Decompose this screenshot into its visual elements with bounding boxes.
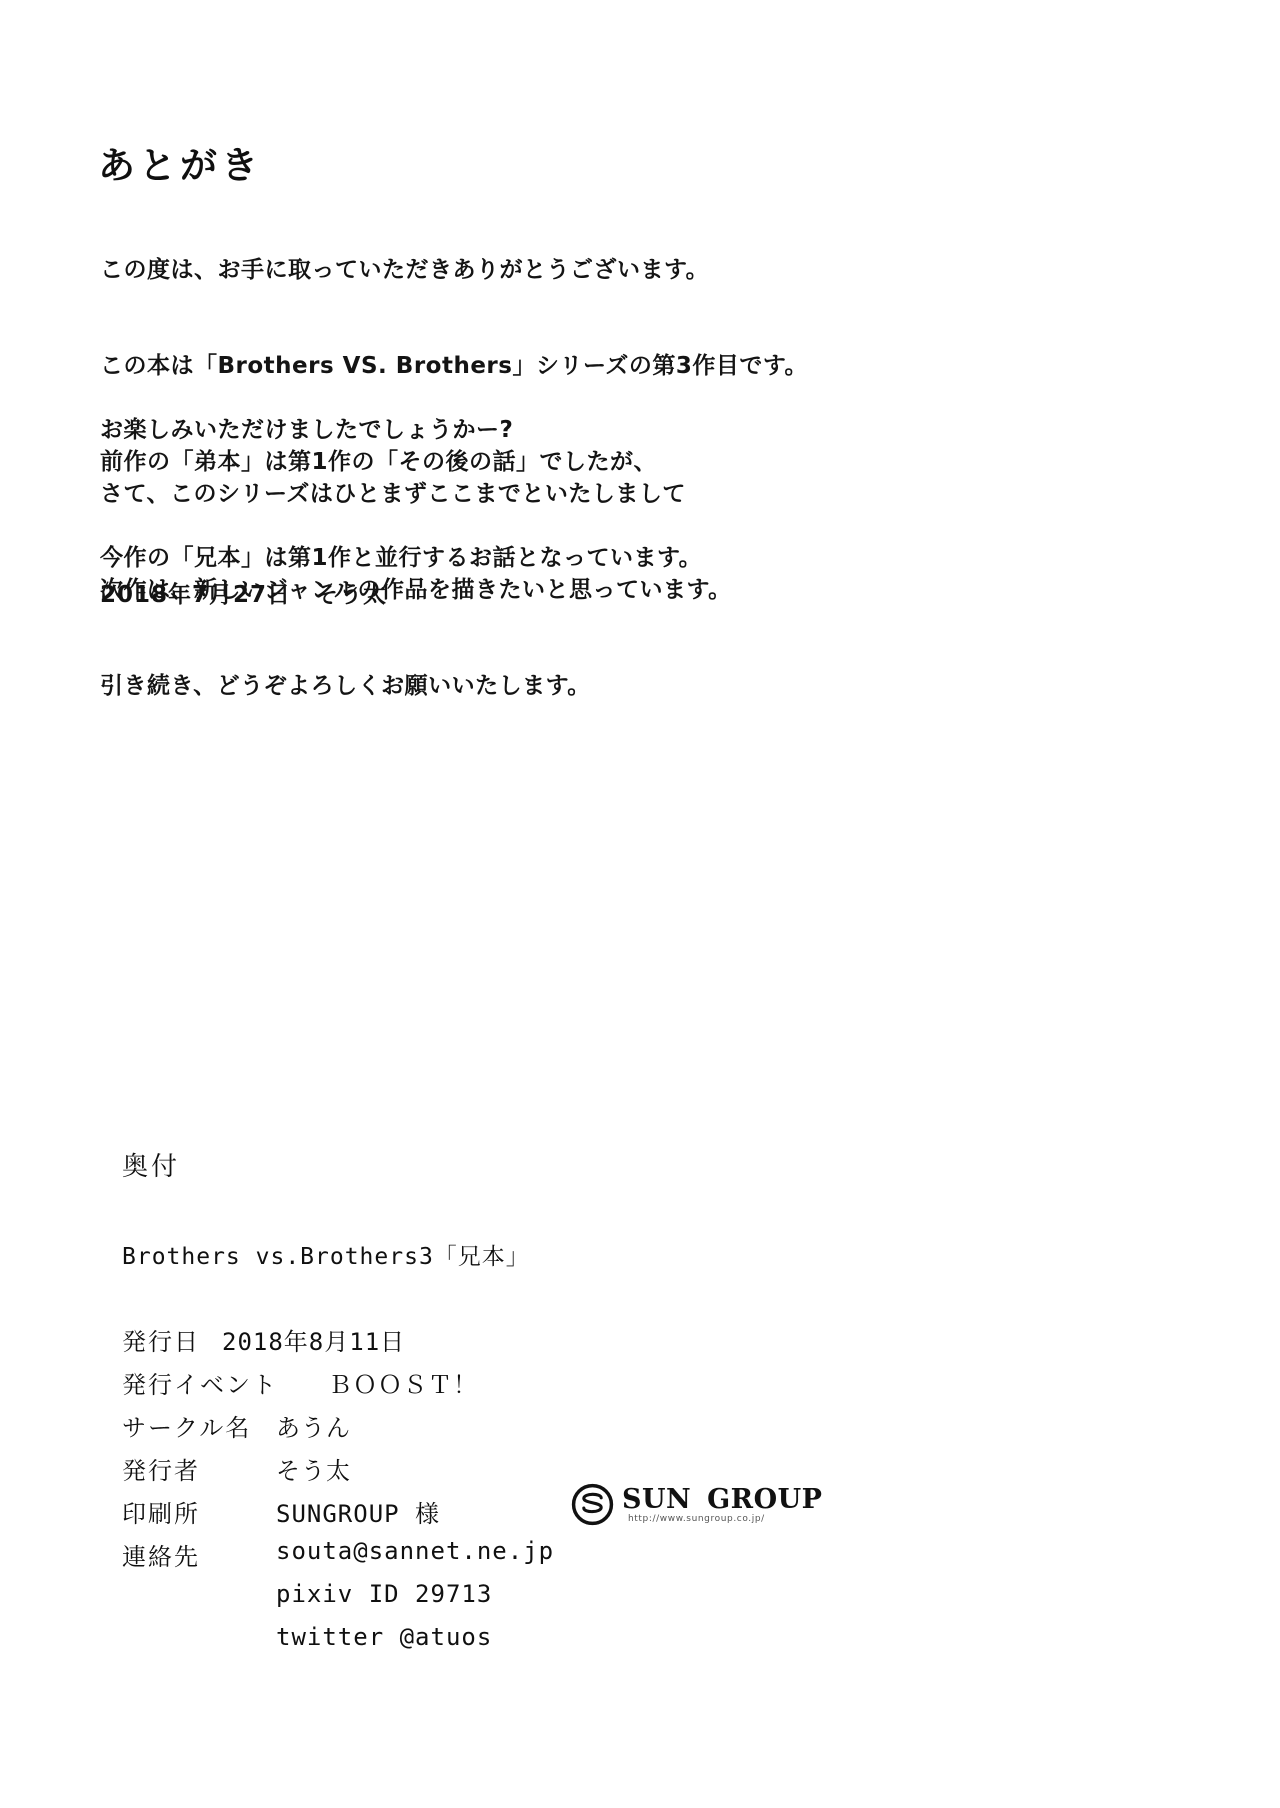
colophon-label: 連絡先	[122, 1537, 276, 1572]
colophon-book-title: Brothers vs.Brothers3「兄本」	[122, 1238, 530, 1271]
afterword-line: 引き続き、どうぞよろしくお願いいたします。	[100, 670, 732, 702]
colophon-row-circle-name: サークル名 あうん	[122, 1408, 554, 1451]
colophon-label: 発行者	[122, 1451, 276, 1486]
sun-group-logo-url: http://www.sungroup.co.jp/	[628, 1514, 823, 1524]
colophon-row-event: 発行イベント ＢＯＯＳＴ！	[122, 1365, 554, 1408]
colophon-row-publisher: 発行者 そう太	[122, 1451, 554, 1494]
colophon-label: サークル名	[122, 1408, 276, 1443]
afterword-line: さて、このシリーズはひとまずここまでといたしまして	[100, 478, 732, 510]
colophon-label: 発行イベント	[122, 1365, 328, 1400]
afterword-page: あとがき この度は、お手に取っていただきありがとうございます。 この本は「Bro…	[0, 0, 1280, 1808]
colophon-value: souta@sannet.ne.jp	[276, 1537, 554, 1565]
colophon-value: ＢＯＯＳＴ！	[328, 1365, 478, 1400]
colophon-value: SUNGROUP 様	[276, 1494, 440, 1529]
colophon-row-twitter: twitter @atuos	[122, 1623, 554, 1666]
afterword-line: この度は、お手に取っていただきありがとうございます。	[100, 254, 808, 286]
colophon-value: あうん	[276, 1408, 351, 1443]
sun-group-logo: SUN GROUP http://www.sungroup.co.jp/	[570, 1482, 823, 1527]
colophon-row-publish-date: 発行日 2018年8月11日	[122, 1322, 554, 1365]
colophon-heading: 奥付	[122, 1146, 180, 1183]
sun-group-logo-name: SUN GROUP	[622, 1486, 823, 1513]
colophon-row-printer: 印刷所 SUNGROUP 様	[122, 1494, 554, 1537]
colophon-value: 2018年8月11日	[222, 1322, 405, 1357]
colophon-rows: 発行日 2018年8月11日 発行イベント ＢＯＯＳＴ！ サークル名 あうん 発…	[122, 1322, 554, 1666]
colophon-value: そう太	[276, 1451, 351, 1486]
colophon-row-pixiv: pixiv ID 29713	[122, 1580, 554, 1623]
colophon-row-contact: 連絡先 souta@sannet.ne.jp	[122, 1537, 554, 1580]
colophon-value: twitter @atuos	[276, 1623, 492, 1651]
afterword-date-signature: 2018年7月27日 そう太	[100, 576, 387, 609]
colophon-label: 発行日	[122, 1322, 222, 1357]
colophon-value: pixiv ID 29713	[276, 1580, 492, 1608]
afterword-title: あとがき	[98, 135, 262, 189]
colophon-label: 印刷所	[122, 1494, 276, 1529]
sun-group-emblem-icon	[570, 1482, 615, 1527]
